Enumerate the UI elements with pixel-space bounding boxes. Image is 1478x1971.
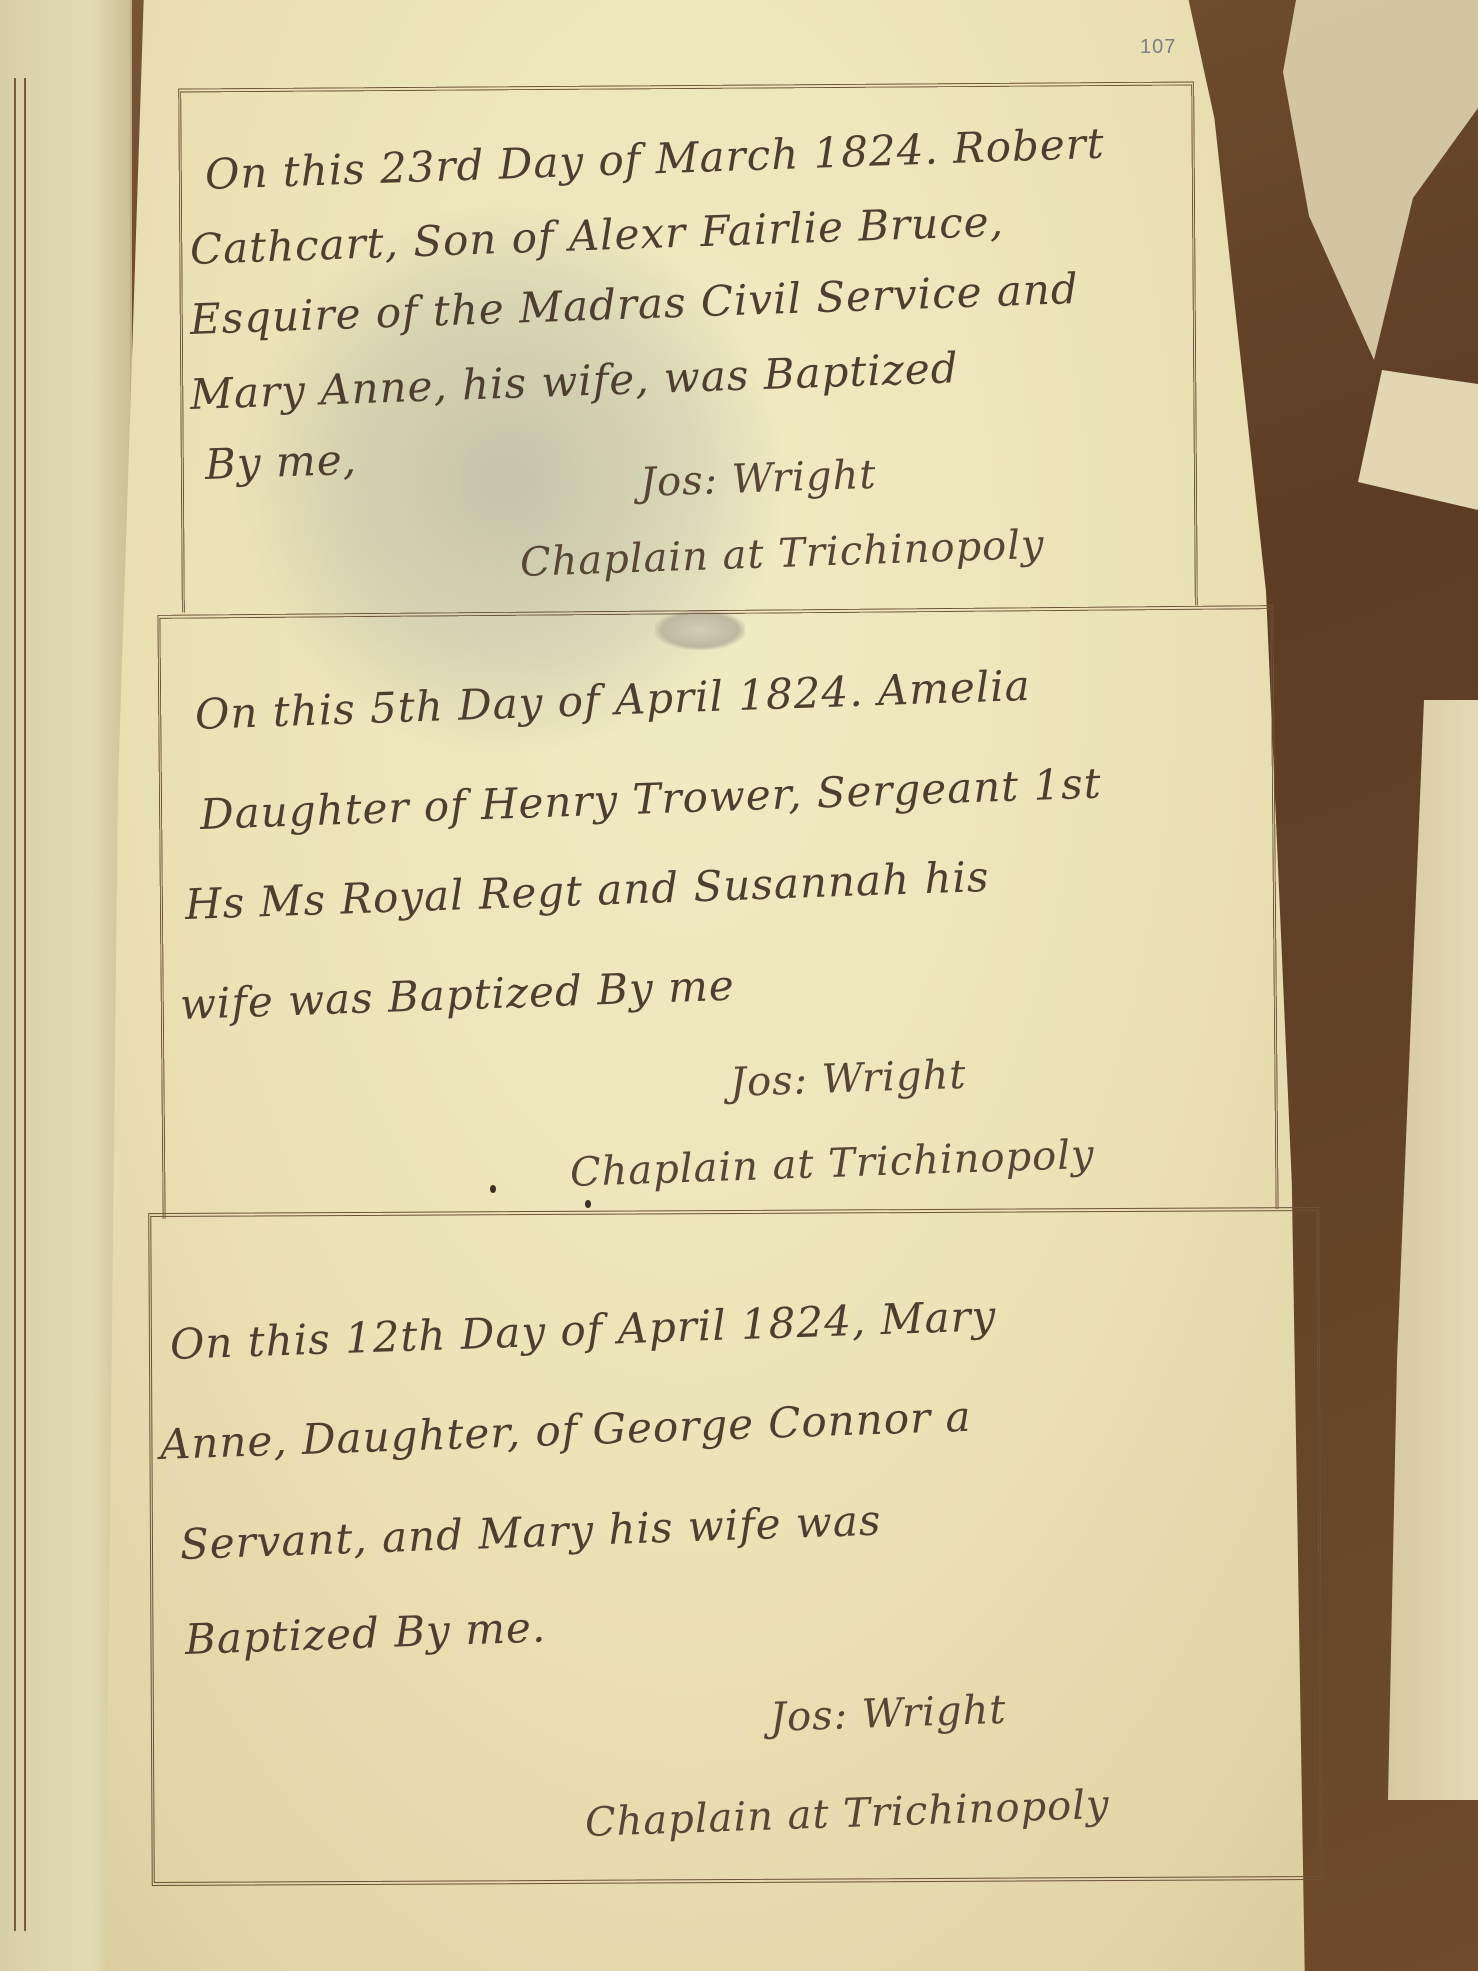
pin-hole: [585, 1200, 591, 1208]
entry-3-signature: Jos: Wright: [769, 1687, 1007, 1741]
left-page-ruled-border: [14, 78, 26, 1931]
entry-1-line-5: By me,: [204, 435, 358, 489]
entry-2-signature: Jos: Wright: [729, 1052, 967, 1106]
pin-hole: [490, 1185, 496, 1193]
page-number: 107: [1140, 36, 1176, 59]
entry-1-signature: Jos: Wright: [639, 452, 877, 506]
